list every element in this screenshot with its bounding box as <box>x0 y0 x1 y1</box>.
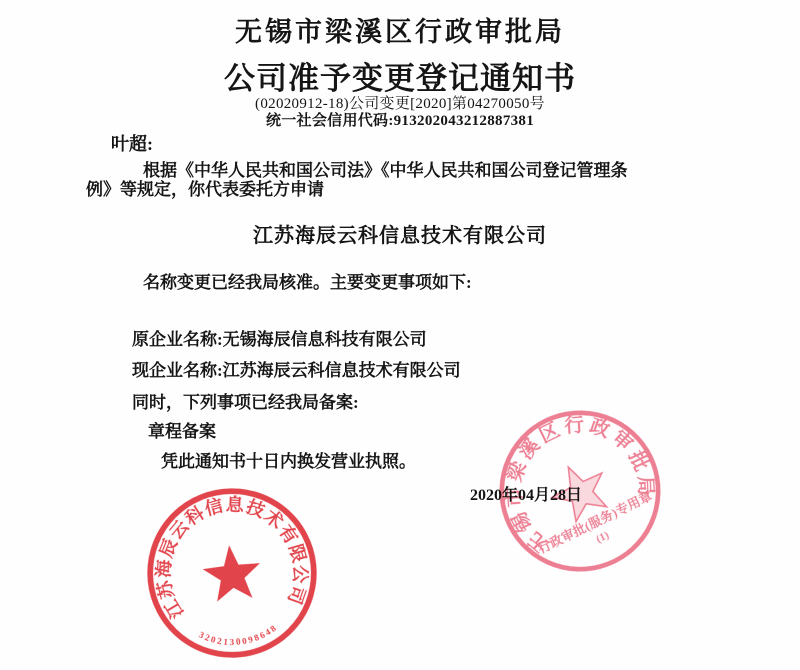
filing-item-line: 章程备案 <box>148 417 216 442</box>
new-company-name-line: 现企业名称:江苏海辰云科信息技术有限公司 <box>132 356 461 381</box>
old-company-name-line: 原企业名称:无锡海辰信息科技有限公司 <box>132 325 427 350</box>
addressee-name: 叶超: <box>111 130 153 156</box>
filing-intro-line: 同时，下列事项已经我局备案: <box>132 388 359 413</box>
approval-statement: 名称变更已经我局核准。主要变更事项如下: <box>143 268 472 293</box>
company-name: 江苏海辰云科信息技术有限公司 <box>0 219 800 248</box>
authority-title: 无锡市梁溪区行政审批局 <box>0 10 800 49</box>
authority-seal-index: (1) <box>594 529 611 546</box>
document-page: 无锡市梁溪区行政审批局 公司准予变更登记通知书 (02020912-18)公司变… <box>0 0 800 670</box>
license-exchange-notice: 凭此通知书十日内换发营业执照。 <box>161 447 416 472</box>
unified-social-credit-code: 统一社会信用代码:913202043212887381 <box>0 109 800 130</box>
company-seal: 江苏海辰云科信息技术有限公司 3202130098648 <box>133 474 331 670</box>
star-icon <box>200 542 263 602</box>
authority-seal: 无锡市梁溪区行政审批局 行政审批(服务)专用章 (1) <box>465 376 695 606</box>
intro-paragraph-line2: 例》等规定，你代表委托方申请 <box>86 175 324 200</box>
